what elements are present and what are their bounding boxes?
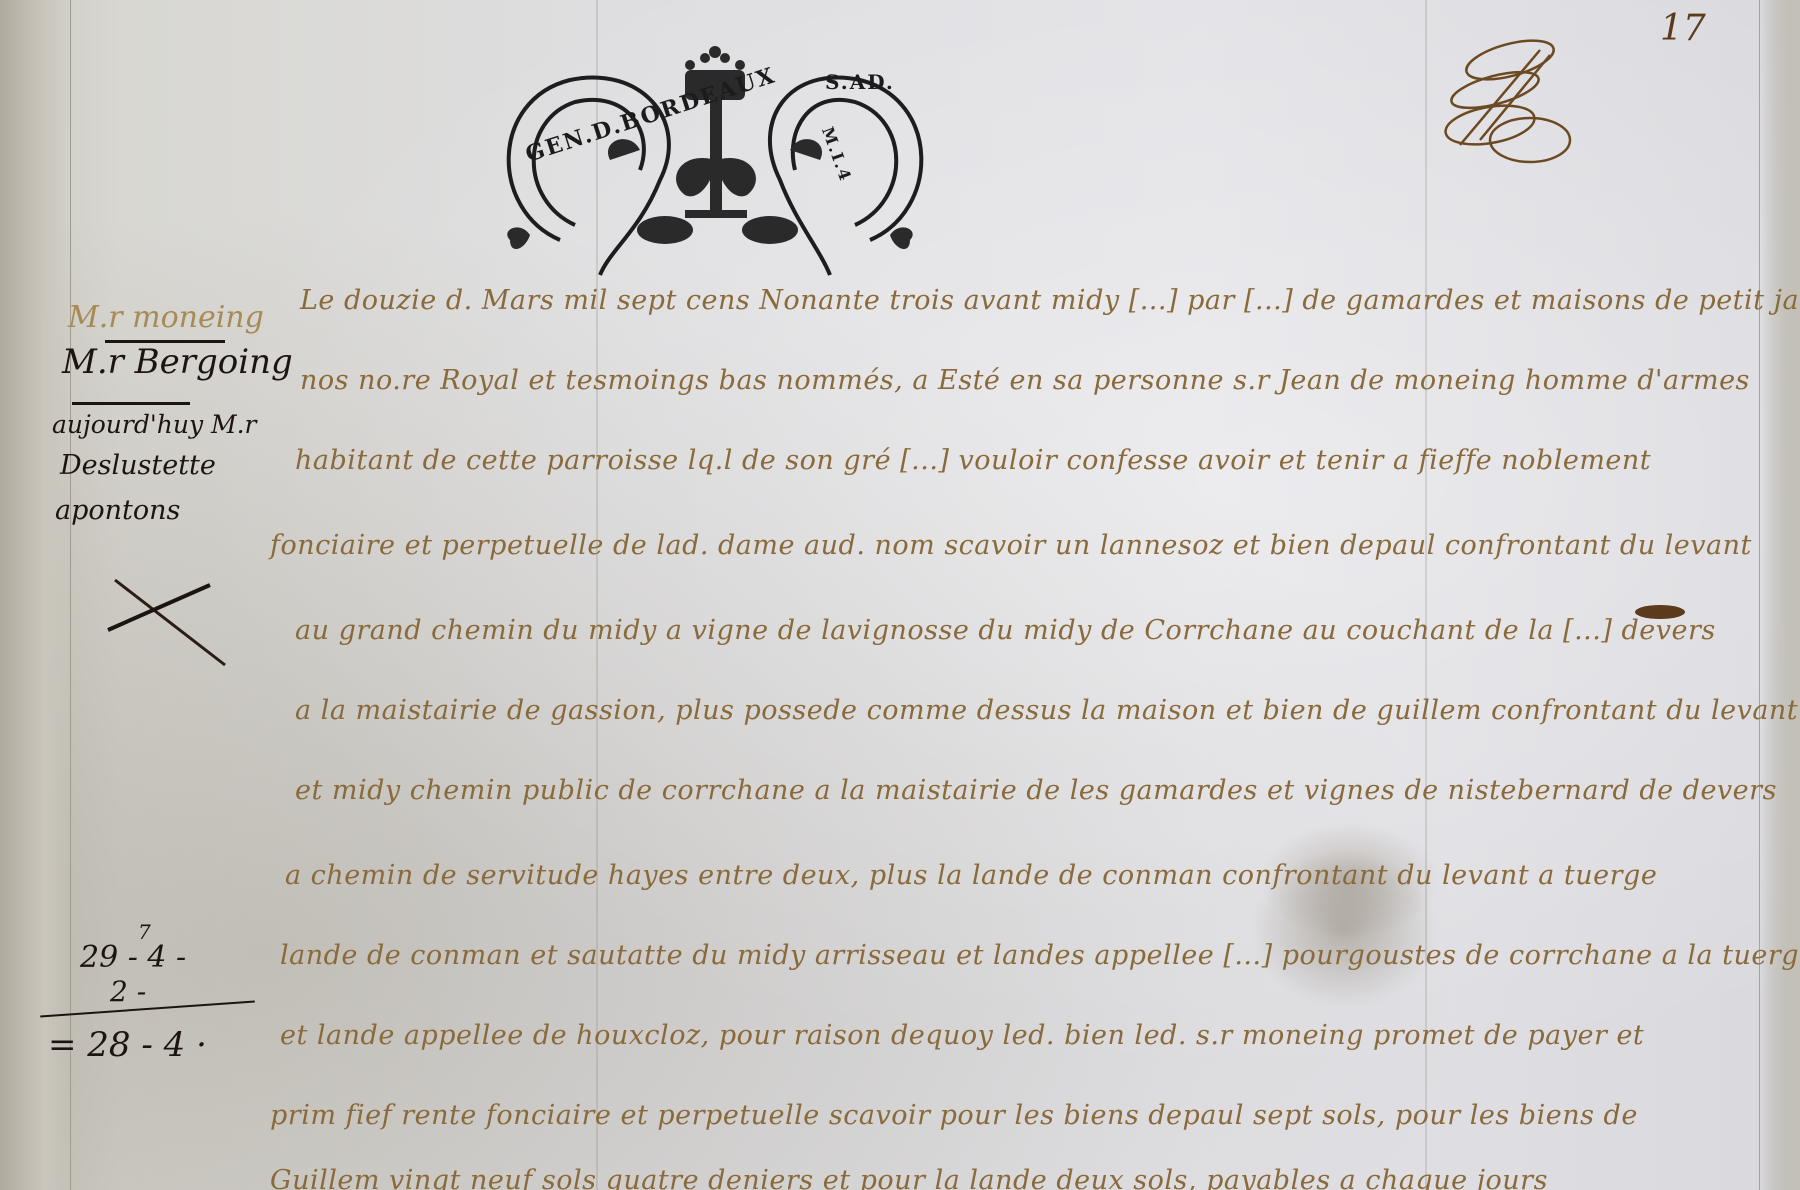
body-line: et midy chemin public de corrchane a la … [295,775,1777,806]
body-line: a chemin de servitude hayes entre deux, … [285,860,1657,891]
folio-number: 17 [1660,8,1706,49]
body-line: et lande appellee de houxcloz, pour rais… [280,1020,1644,1051]
margin-note-line1: aujourd'huy M.r [52,410,257,439]
page-right-edge [1759,0,1800,1190]
sum-line1: 29 - 4 - [80,940,186,975]
sum-line2: 2 - [110,975,146,1008]
body-line: fonciaire et perpetuelle de lad. dame au… [270,530,1752,561]
cross-mark-icon [100,570,230,670]
body-line: prim fief rente fonciaire et perpetuelle… [270,1100,1638,1131]
margin-name-replacement: M.r Bergoing [62,342,293,382]
margin-name-original: M.r moneing [68,300,264,335]
sum-total: = 28 - 4 · [48,1025,207,1065]
body-line: habitant de cette parroisse lq.l de son … [295,445,1651,476]
margin-note-line3: apontons [55,495,180,526]
body-line: nos no.re Royal et tesmoings bas nommés,… [300,365,1750,396]
fold-line [1425,0,1427,1190]
body-line: lande de conman et sautatte du midy arri… [280,940,1800,971]
paraph-flourish-icon [1420,30,1600,170]
underline [72,402,190,405]
stamp-right-text: S.AD. [825,70,895,94]
document-page: GEN.D.BORDEAUX S.AD. M.I.4 17 M.r monein… [0,0,1800,1190]
binding-edge [0,0,71,1190]
margin-note-line2: Deslustette [60,450,216,481]
tax-stamp: GEN.D.BORDEAUX S.AD. M.I.4 [490,40,940,280]
body-line: Le douzie d. Mars mil sept cens Nonante … [300,285,1800,316]
body-line: a la maistairie de gassion, plus possede… [295,695,1798,726]
sum-rule [40,1001,255,1018]
body-line: Guillem vingt neuf sols quatre deniers e… [270,1165,1548,1190]
paraph-signature [1420,30,1600,170]
body-line: au grand chemin du midy a vigne de lavig… [295,615,1716,646]
